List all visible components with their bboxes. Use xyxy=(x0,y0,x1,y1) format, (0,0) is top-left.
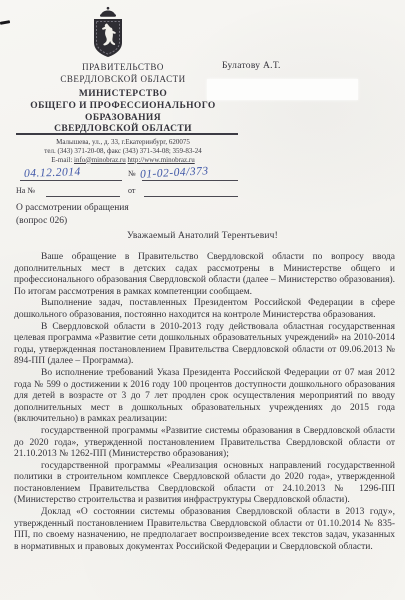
subject-line2: (вопрос 026) xyxy=(16,215,129,228)
paragraph-4: Во исполнение требований Указа Президент… xyxy=(14,368,395,426)
outgoing-reference-row: 04.12.2014 № 01-02-04/373 xyxy=(16,162,240,181)
coat-of-arms-icon xyxy=(87,6,129,61)
subject-block: О рассмотрении обращения (вопрос 026) xyxy=(16,202,129,228)
ministry-title-line2: ОБЩЕГО И ПРОФЕССИОНАЛЬНОГО xyxy=(8,101,238,113)
government-title-line1: ПРАВИТЕЛЬСТВО xyxy=(8,62,238,74)
paragraph-7: Доклад «О состоянии системы образования … xyxy=(14,507,395,553)
subject-line1: О рассмотрении обращения xyxy=(16,202,129,215)
incoming-reference-row: На № от xyxy=(16,183,240,197)
government-title: ПРАВИТЕЛЬСТВО СВЕРДЛОВСКОЙ ОБЛАСТИ xyxy=(8,62,238,85)
ministry-title-line3: ОБРАЗОВАНИЯ xyxy=(8,113,238,125)
scan-artifact xyxy=(0,20,10,25)
redaction-box xyxy=(207,79,358,100)
paragraph-1: Ваше обращение в Правительство Свердловс… xyxy=(14,252,395,298)
scanned-letter-page: ПРАВИТЕЛЬСТВО СВЕРДЛОВСКОЙ ОБЛАСТИ МИНИС… xyxy=(0,0,405,600)
paragraph-2: Выполнение задач, поставленных Президент… xyxy=(14,298,395,321)
na-number-label: На № xyxy=(16,186,35,195)
body-text: Ваше обращение в Правительство Свердловс… xyxy=(14,252,395,553)
ot-label: от xyxy=(128,186,135,195)
ministry-title-line1: МИНИСТЕРСТВО xyxy=(8,89,238,101)
paragraph-6: государственной программы «Реализация ос… xyxy=(14,461,395,507)
government-title-line2: СВЕРДЛОВСКОЙ ОБЛАСТИ xyxy=(8,74,238,86)
paragraph-5: государственной программы «Развитие сист… xyxy=(14,426,395,461)
na-number-underline xyxy=(46,195,120,197)
address-line: Малышева, ул., д. 33, г.Екатеринбург, 62… xyxy=(8,138,238,147)
phone-line: тел. (343) 371-20-08, факс (343) 371-34-… xyxy=(8,147,238,156)
address-block: Малышева, ул., д. 33, г.Екатеринбург, 62… xyxy=(8,138,238,164)
paragraph-3: В Свердловской области в 2010-2013 году … xyxy=(14,322,395,368)
salutation: Уважаемый Анатолий Терентьевич! xyxy=(0,231,405,241)
recipient-name: Булатову А.Т. xyxy=(222,61,281,71)
ministry-title: МИНИСТЕРСТВО ОБЩЕГО И ПРОФЕССИОНАЛЬНОГО … xyxy=(8,89,238,136)
header-divider xyxy=(16,133,238,135)
ot-underline xyxy=(144,195,238,197)
outgoing-date-handwritten: 04.12.2014 xyxy=(24,166,81,180)
number-sign: № xyxy=(128,169,136,178)
